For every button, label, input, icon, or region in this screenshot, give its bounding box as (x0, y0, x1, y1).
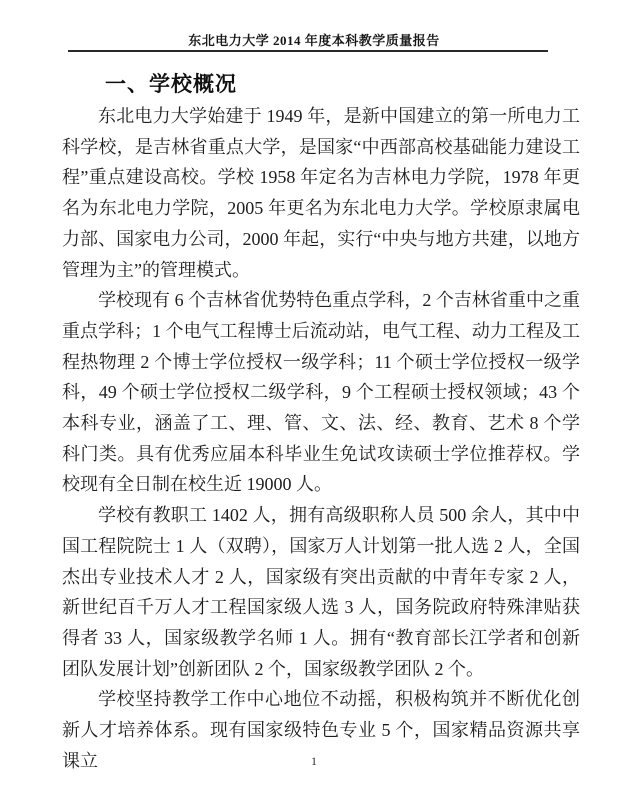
document-body: 东北电力大学始建于 1949 年，是新中国建立的第一所电力工科学校，是吉林省重点… (62, 101, 580, 776)
paragraph-disciplines: 学校现有 6 个吉林省优势特色重点学科，2 个吉林省重中之重重点学科；1 个电气… (62, 285, 580, 500)
page-footer: 1 (0, 754, 628, 769)
paragraph-faculty: 学校有教职工 1402 人，拥有高级职称人员 500 余人，其中中国工程院院士 … (62, 500, 580, 684)
header-rule (68, 50, 548, 52)
page-number: 1 (311, 754, 317, 768)
section-heading: 一、学校概况 (105, 68, 237, 98)
paragraph-school-history: 东北电力大学始建于 1949 年，是新中国建立的第一所电力工科学校，是吉林省重点… (62, 101, 580, 285)
header-title: 东北电力大学 2014 年度本科教学质量报告 (0, 30, 628, 49)
document-page: 东北电力大学 2014 年度本科教学质量报告 一、学校概况 东北电力大学始建于 … (0, 0, 628, 812)
